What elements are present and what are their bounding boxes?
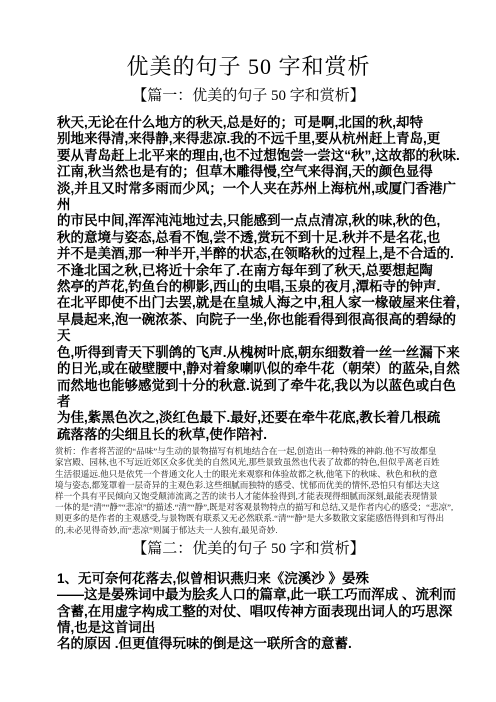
text-line: 不逢北国之秋,已将近十余年了.在南方每年到了秋天,总要想起陶 <box>57 263 440 279</box>
text-line: 名的原因 .但更值得玩味的倒是这一联所含的意蓄. <box>57 636 440 652</box>
text-line: 淡,并且又时常多雨而少风；一个人夹在苏州上海杭州,或厦门香港广 <box>57 181 440 197</box>
text-line: 则更多的是作者的主观感受,与景物既有联系又无必然联系.“清”“静”是大多数散文家… <box>55 513 445 524</box>
text-line: 疏落落的尖细且长的秋草,使作陪衬. <box>57 427 440 443</box>
text-line: 为佳,紫黑色次之,淡红色最下.最好,还要在牵牛花底,教长着几根疏 <box>57 410 440 426</box>
section2-body-paragraph: 1、无可奈何花落去,似曾相识燕归来《浣溪沙 》晏殊——这是晏殊词中最为脍炙人口的… <box>57 571 440 653</box>
text-line: 秋的意境与姿态,总看不饱,尝不透,赏玩不到十足.秋并不是名花,也 <box>57 230 440 246</box>
text-line: 者 <box>57 394 440 410</box>
text-line: 秋天,无论在什么地方的秋天,总是好的；可是啊,北国的秋,却特 <box>57 115 440 131</box>
text-line: 赏析：作者将苦涩的“品味”与生动的景物描写有机地结合在一起,创造出一种特殊的神韵… <box>55 446 445 457</box>
text-line: ——这是晏殊词中最为脍炙人口的篇章,此一联工巧而浑成 、流利而 <box>57 587 440 603</box>
section1-heading: 【篇一：优美的句子 50 字和赏析】 <box>57 86 440 106</box>
text-line: 境与姿态,都笼罩着一层奇异的主观色彩.这些细腻而独特的感受、忧郁而优美的情怀,恐… <box>55 480 445 491</box>
text-line: 含蓄,在用虚字构成工整的对仗、唱叹传神方面表现出词人的巧思深 <box>57 604 440 620</box>
text-line: 而然地也能够感觉到十分的秋意.说到了牵牛花,我以为以蓝色或白色 <box>57 378 440 394</box>
text-line: 并不是美酒,那一种半开,半醉的状态,在领略秋的过程上,是不合适的. <box>57 246 440 262</box>
text-line: 生活很遥远.他只是依凭一个普通文化人士的眼光来观察和体验故都之秋,他笔下的秋味、… <box>55 469 445 480</box>
text-line: 要从青岛赶上北平来的理由,也不过想饱尝一尝这“秋”,这故都的秋味. <box>57 148 440 164</box>
text-line: 在北平即使不出门去罢,就是在皇城人海之中,租人家一椽破屋来住着, <box>57 295 440 311</box>
text-line: 州 <box>57 197 440 213</box>
text-line: 样一个具有平民倾向又饱受颠沛流离之苦的读书人才能体验得到,才能表现得细腻而深刻,… <box>55 491 445 502</box>
text-line: 1、无可奈何花落去,似曾相识燕归来《浣溪沙 》晏殊 <box>57 571 440 587</box>
text-line: 天 <box>57 328 440 344</box>
text-line: 别地来得清,来得静,来得悲凉.我的不远千里,要从杭州赶上青岛,更 <box>57 131 440 147</box>
text-line: 情,也是这首词出 <box>57 620 440 636</box>
text-line: 家宫殿、园林,也不写远近郊区众多优美的自然风光,那些景致虽然也代表了故都的特色,… <box>55 457 445 468</box>
text-line: 的,未必见得奇妙,而“悲凉”则属于郁达夫一人独有,最见奇妙. <box>55 525 445 536</box>
section2-heading: 【篇二：优美的句子 50 字和赏析】 <box>57 539 440 559</box>
document-title: 优美的句子 50 字和赏析 <box>57 52 440 82</box>
text-line: 然亭的芦花,钓鱼台的柳影,西山的虫唱,玉泉的夜月,潭柘寺的钟声. <box>57 279 440 295</box>
text-line: 早晨起来,泡一碗浓茶、向院子一坐,你也能看得到很高很高的碧绿的 <box>57 312 440 328</box>
text-line: 色,听得到青天下驯鸽的飞声.从槐树叶底,朝东细数着一丝一丝漏下来 <box>57 345 440 361</box>
text-line: 的日光,或在破壁腰中,静对着象喇叭似的牵牛花（朝荣）的蓝朵,自然 <box>57 361 440 377</box>
text-line: 一体的是“清”“静”“悲凉”的描述.“清”“静”,既是对客观景物特点的描写和总结… <box>55 502 445 513</box>
text-line: 江南,秋当然也是有的；但草木雕得慢,空气来得润,天的颜色显得 <box>57 164 440 180</box>
document-page: 优美的句子 50 字和赏析 【篇一：优美的句子 50 字和赏析】 秋天,无论在什… <box>0 0 496 702</box>
text-line: 的市民中间,浑浑沌沌地过去,只能感到一点点清凉,秋的味,秋的色, <box>57 213 440 229</box>
section1-analysis-paragraph: 赏析：作者将苦涩的“品味”与生动的景物描写有机地结合在一起,创造出一种特殊的神韵… <box>55 446 445 536</box>
section1-body-paragraph: 秋天,无论在什么地方的秋天,总是好的；可是啊,北国的秋,却特别地来得清,来得静,… <box>57 115 440 443</box>
